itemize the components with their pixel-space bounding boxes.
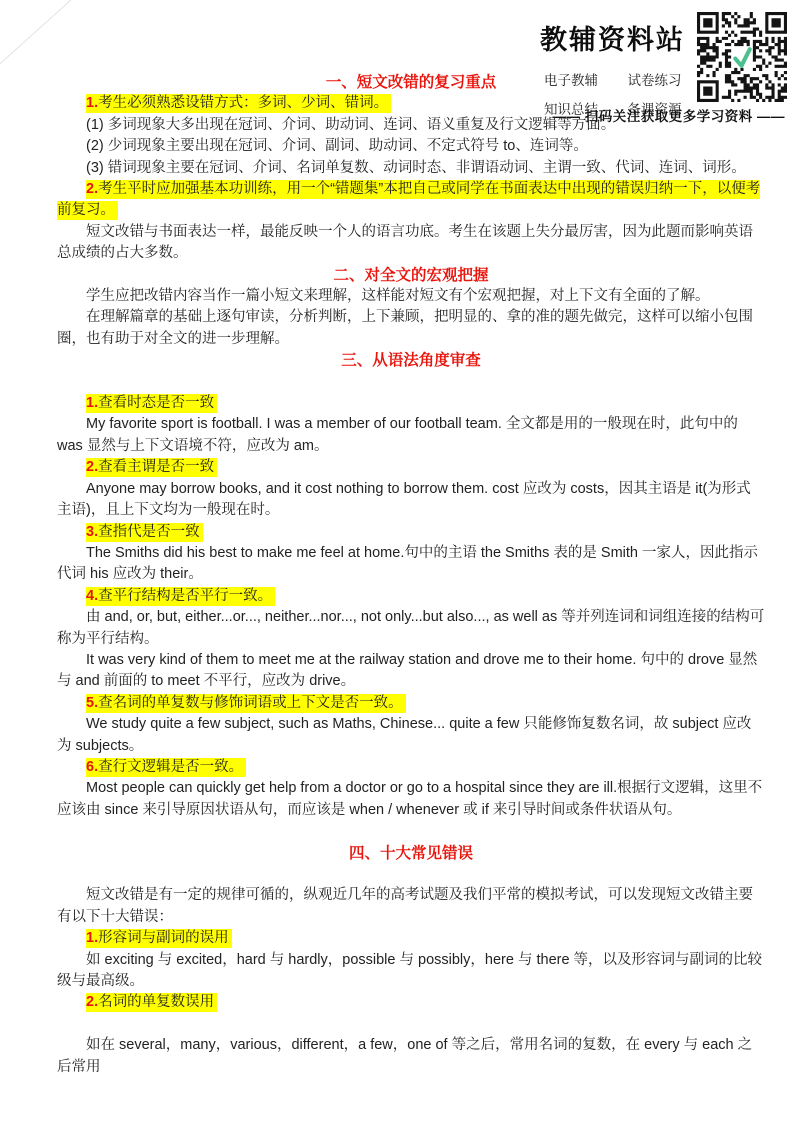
highlighted-point: 5.查名词的单复数与修饰词语或上下文是否一致。 [57,693,765,714]
paragraph: 学生应把改错内容当作一篇小短文来理解，这样能对短文有个宏观把握，对上下文有全面的… [57,286,765,307]
paragraph: (2) 少词现象主要出现在冠词、介词、副词、助动词、不定式符号 to、连词等。 [57,136,765,157]
document-page: 教辅资料站 电子教辅 试卷练习 知识总结 备课资源 —— 扫码关注获取更多学习资… [0,0,793,1122]
yellow-highlight: 5.查名词的单复数与修饰词语或上下文是否一致。 [86,694,406,713]
yellow-highlight: 2.查看主谓是否一致 [86,458,217,477]
section-title: 三、从语法角度审查 [57,350,765,371]
paragraph: We study quite a few subject, such as Ma… [57,714,765,757]
highlight-text: 查看时态是否一致 [98,395,214,411]
highlight-text: 查平行结构是否平行一致。 [98,588,272,604]
yellow-highlight: 1.形容词与副词的误用 [86,929,232,948]
red-item-number: 2. [86,459,98,475]
highlight-text: 考生必须熟悉设错方式：多词、少词、错词。 [98,95,388,111]
red-item-number: 6. [86,759,98,775]
section-title: 四、十大常见错误 [57,843,765,864]
section-title: 二、对全文的宏观把握 [57,265,765,286]
paragraph: 由 and, or, but, either...or..., neither.… [57,607,765,650]
highlighted-point: 1.形容词与副词的误用 [57,928,765,949]
red-item-number: 1. [86,930,98,946]
highlight-text: 考生平时应加强基本功训练，用一个“错题集”本把自己或同学在书面表达中出现的错误归… [57,181,760,218]
scan-corner-artifact [0,0,86,74]
highlighted-point: 1.查看时态是否一致 [57,393,765,414]
yellow-highlight: 4.查平行结构是否平行一致。 [86,587,275,606]
highlight-text: 形容词与副词的误用 [98,930,229,946]
paragraph: (1) 多词现象大多出现在冠词、介词、助动词、连词、语义重复及行文逻辑等方面。 [57,115,765,136]
blank-line [57,821,765,842]
blank-line [57,372,765,393]
red-item-number: 1. [86,395,98,411]
highlight-text: 查指代是否一致 [98,524,200,540]
yellow-highlight: 3.查指代是否一致 [86,523,203,542]
paragraph: 如 exciting 与 excited，hard 与 hardly，possi… [57,950,765,993]
red-item-number: 2. [86,994,98,1010]
brand-logo-text: 教辅资料站 [540,18,685,57]
paragraph: It was very kind of them to meet me at t… [57,650,765,693]
highlighted-point: 2.名词的单复数误用 [57,992,765,1013]
blank-line [57,1014,765,1035]
yellow-highlight: 2.名词的单复数误用 [86,993,217,1012]
yellow-highlight: 1.查看时态是否一致 [86,394,217,413]
paragraph: (3) 错词现象主要在冠词、介词、名词单复数、动词时态、非谓语动词、主谓一致、代… [57,158,765,179]
highlight-text: 查名词的单复数与修饰词语或上下文是否一致。 [98,695,403,711]
paragraph: Most people can quickly get help from a … [57,778,765,821]
highlight-text: 查行文逻辑是否一致。 [98,759,243,775]
highlighted-point: 4.查平行结构是否平行一致。 [57,586,765,607]
paragraph: My favorite sport is football. I was a m… [57,414,765,457]
document-content: 一、短文改错的复习重点1.考生必须熟悉设错方式：多词、少词、错词。(1) 多词现… [57,72,765,1078]
red-item-number: 1. [86,95,98,111]
highlight-text: 名词的单复数误用 [98,994,214,1010]
paragraph: 如在 several，many，various，different，a few，… [57,1035,765,1078]
highlighted-point: 2.查看主谓是否一致 [57,457,765,478]
highlighted-point: 6.查行文逻辑是否一致。 [57,757,765,778]
highlighted-point: 1.考生必须熟悉设错方式：多词、少词、错词。 [57,93,765,114]
red-item-number: 3. [86,524,98,540]
paragraph: The Smiths did his best to make me feel … [57,543,765,586]
paragraph: Anyone may borrow books, and it cost not… [57,479,765,522]
highlight-text: 查看主谓是否一致 [98,459,214,475]
paragraph: 短文改错与书面表达一样，最能反映一个人的语言功底。考生在该题上失分最厉害，因为此… [57,222,765,265]
yellow-highlight: 2.考生平时应加强基本功训练，用一个“错题集”本把自己或同学在书面表达中出现的错… [57,180,760,220]
red-item-number: 2. [86,181,98,197]
blank-line [57,864,765,885]
yellow-highlight: 6.查行文逻辑是否一致。 [86,758,246,777]
yellow-highlight: 1.考生必须熟悉设错方式：多词、少词、错词。 [86,94,391,113]
red-item-number: 4. [86,588,98,604]
paragraph: 在理解篇章的基础上逐句审读，分析判断，上下兼顾，把明显的、拿的准的题先做完，这样… [57,307,765,350]
paragraph: 短文改错是有一定的规律可循的，纵观近几年的高考试题及我们平常的模拟考试，可以发现… [57,885,765,928]
highlighted-point: 2.考生平时应加强基本功训练，用一个“错题集”本把自己或同学在书面表达中出现的错… [57,179,765,222]
section-title: 一、短文改错的复习重点 [57,72,765,93]
red-item-number: 5. [86,695,98,711]
highlighted-point: 3.查指代是否一致 [57,522,765,543]
